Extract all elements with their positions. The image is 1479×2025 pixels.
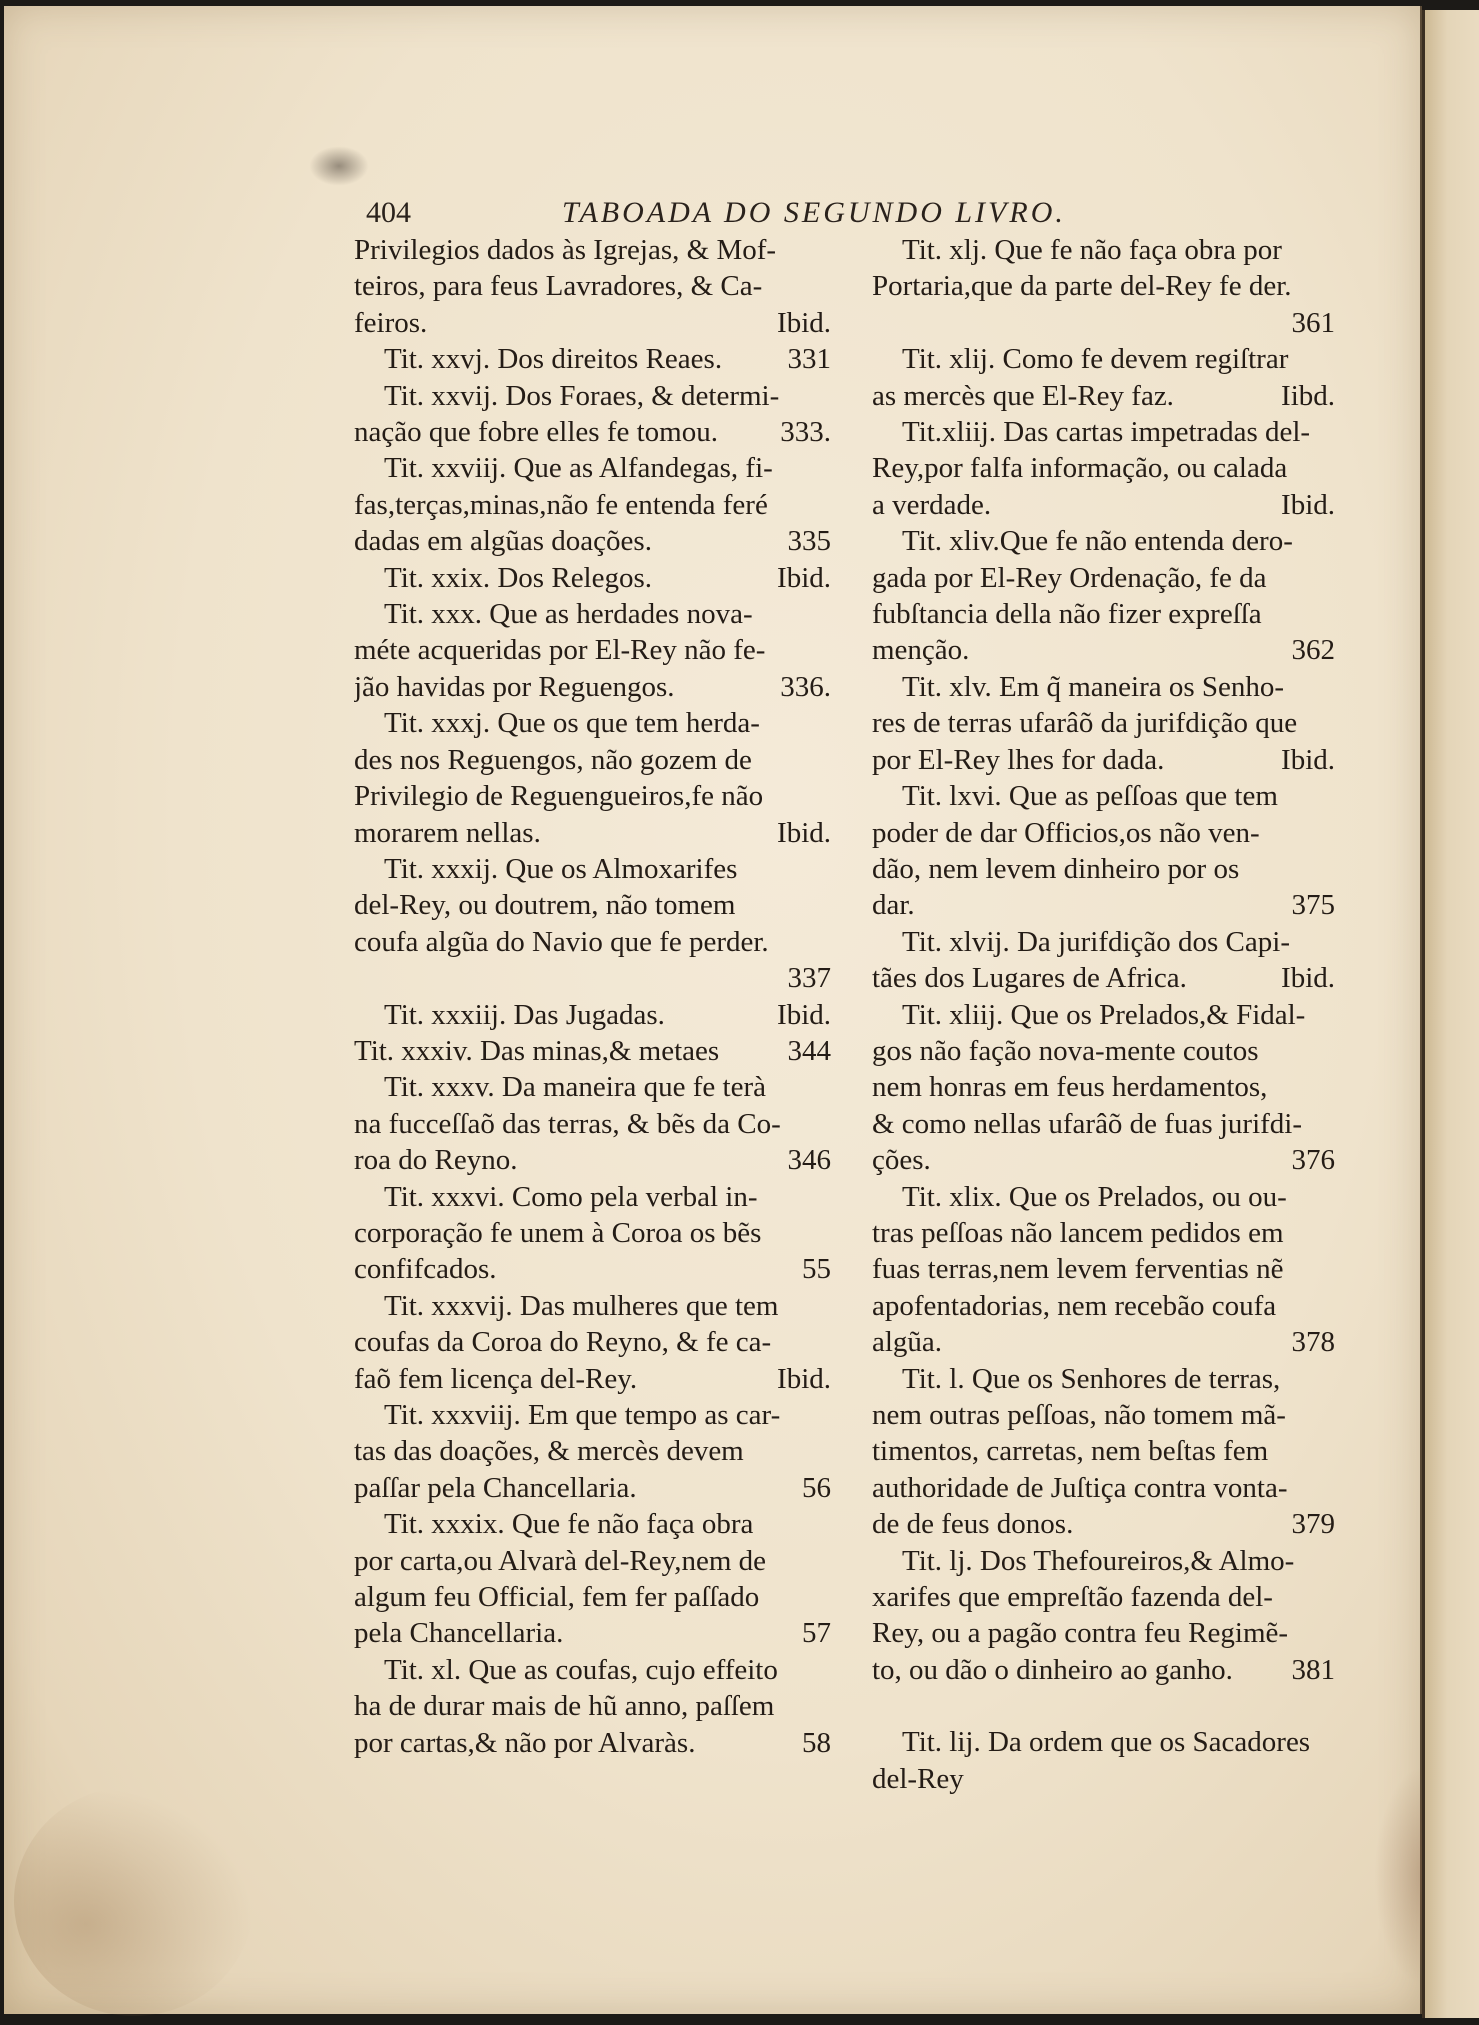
- page-reference: 336.: [780, 669, 831, 705]
- entry-line: Tit. xxxix. Que fe não faça obra: [354, 1506, 831, 1542]
- index-entry: Tit. xxxvi. Como pela verbal in-corporaç…: [354, 1179, 831, 1288]
- entry-line: tas das doações, & mercès devem: [354, 1433, 831, 1469]
- page-reference: Iibd.: [1281, 378, 1335, 414]
- entry-line: 361: [872, 305, 1335, 341]
- entry-text: morarem nellas.: [354, 817, 541, 849]
- entry-text: méte acqueridas por El-Rey não fe-: [354, 634, 765, 666]
- page-reference: Ibid.: [777, 305, 831, 341]
- entry-text: ha de durar mais de hũ anno, paſſem: [354, 1690, 774, 1722]
- page-reference: Ibid.: [777, 997, 831, 1033]
- page-reference: 346: [788, 1142, 832, 1178]
- page-reference: Ibid.: [777, 560, 831, 596]
- entry-text: nação que fobre elles fe tomou.: [354, 416, 718, 448]
- entry-text: coufas da Coroa do Reyno, & fe ca-: [354, 1326, 771, 1358]
- page-reference: 378: [1292, 1324, 1336, 1360]
- entry-text: Privilegio de Reguengueiros,fe não: [354, 780, 763, 812]
- index-entry: Tit. xxxix. Que fe não faça obrapor cart…: [354, 1506, 831, 1652]
- entry-text: Tit. lij. Da ordem que os Sacadores: [902, 1726, 1310, 1758]
- index-column-left: Privilegios dados às Igrejas, & Mof-teir…: [354, 232, 831, 1761]
- entry-text: por cartas,& não por Alvaràs.: [354, 1727, 695, 1759]
- entry-line: nação que fobre elles fe tomou.333.: [354, 414, 831, 450]
- entry-text: de de feus donos.: [872, 1508, 1073, 1540]
- entry-text: gos não fação nova-mente coutos: [872, 1035, 1259, 1067]
- entry-line: Tit. xxxv. Da maneira que fe terà: [354, 1069, 831, 1105]
- index-entry: Tit. xxviij. Que as Alfandegas, fi-fas,t…: [354, 450, 831, 559]
- entry-line: authoridade de Juſtiça contra vonta-: [872, 1470, 1335, 1506]
- index-entry: Tit. lj. Dos Thefoureiros,& Almo-xarifes…: [872, 1543, 1335, 1689]
- entry-line: Tit. xlj. Que fe não faça obra por: [872, 232, 1335, 268]
- entry-line: Tit. xlix. Que os Prelados, ou ou-: [872, 1179, 1335, 1215]
- entry-line: Tit. xliij. Que os Prelados,& Fidal-: [872, 997, 1335, 1033]
- entry-line: nem outras peſſoas, não tomem mã-: [872, 1397, 1335, 1433]
- index-entry: Tit. xlix. Que os Prelados, ou ou-tras p…: [872, 1179, 1335, 1361]
- entry-text: poder de dar Officios,os não ven-: [872, 817, 1260, 849]
- entry-text: Tit. lxvi. Que as peſſoas que tem: [902, 780, 1278, 812]
- entry-text: coufa algũa do Navio que fe perder.: [354, 926, 769, 958]
- entry-line: coufa algũa do Navio que fe perder.: [354, 924, 831, 960]
- entry-line: Tit. xxviij. Que as Alfandegas, fi-: [354, 450, 831, 486]
- entry-line: ha de durar mais de hũ anno, paſſem: [354, 1688, 831, 1724]
- index-entry: Tit. xxxiij. Das Jugadas.Ibid.: [354, 997, 831, 1033]
- entry-line: nem honras em feus herdamentos,: [872, 1069, 1335, 1105]
- page-reference: 56: [802, 1470, 831, 1506]
- entry-line: 337: [354, 960, 831, 996]
- entry-line: Tit. xxx. Que as herdades nova-: [354, 596, 831, 632]
- entry-text: Portaria,que da parte del-Rey fe der.: [872, 270, 1292, 302]
- entry-line: feiros.Ibid.: [354, 305, 831, 341]
- entry-line: algum feu Official, fem fer paſſado: [354, 1579, 831, 1615]
- entry-text: faõ fem licença del-Rey.: [354, 1363, 637, 1395]
- page-number: 404: [366, 196, 411, 230]
- index-entry: Tit. xxx. Que as herdades nova-méte acqu…: [354, 596, 831, 705]
- page-reference: 337: [788, 960, 832, 996]
- running-title: TABOADA DO SEGUNDO LIVRO.: [562, 196, 1066, 230]
- entry-line: de de feus donos.379: [872, 1506, 1335, 1542]
- entry-text: a verdade.: [872, 489, 991, 521]
- entry-text: fas,terças,minas,não fe entenda feré: [354, 489, 768, 521]
- ink-smudge: [309, 146, 369, 186]
- entry-text: Tit. xxxv. Da maneira que fe terà: [384, 1071, 766, 1103]
- entry-text: feiros.: [354, 307, 427, 339]
- entry-text: nem outras peſſoas, não tomem mã-: [872, 1399, 1286, 1431]
- entry-line: to, ou dão o dinheiro ao ganho.381: [872, 1652, 1335, 1688]
- entry-line: teiros, para feus Lavradores, & Ca-: [354, 268, 831, 304]
- index-entry: Tit. xl. Que as coufas, cujo effeitoha d…: [354, 1652, 831, 1761]
- entry-text: tas das doações, & mercès devem: [354, 1435, 744, 1467]
- entry-text: Tit. lj. Dos Thefoureiros,& Almo-: [902, 1545, 1294, 1577]
- entry-line: Tit. xliv.Que fe não entenda dero-: [872, 523, 1335, 559]
- entry-text: Tit. xxvj. Dos direitos Reaes.: [384, 343, 722, 375]
- index-entry: Tit. xxxv. Da maneira que fe teràna fucc…: [354, 1069, 831, 1178]
- entry-line: fubſtancia della não fizer expreſſa: [872, 596, 1335, 632]
- entry-line: coufas da Coroa do Reyno, & fe ca-: [354, 1324, 831, 1360]
- water-stain: [14, 1786, 254, 2016]
- entry-line: confifcados.55: [354, 1251, 831, 1287]
- entry-text: Tit. xxvij. Dos Foraes, & determi-: [384, 380, 779, 412]
- index-entry: Tit. xxxij. Que os Almoxarifesdel-Rey, o…: [354, 851, 831, 997]
- entry-text: jão havidas por Reguengos.: [354, 671, 675, 703]
- entry-text: ções.: [872, 1144, 931, 1176]
- entry-line: Tit. lxvi. Que as peſſoas que tem: [872, 778, 1335, 814]
- entry-text: dadas em algũas doações.: [354, 525, 652, 557]
- entry-text: nem honras em feus herdamentos,: [872, 1071, 1267, 1103]
- entry-line: roa do Reyno.346: [354, 1142, 831, 1178]
- entry-text: dar.: [872, 889, 915, 921]
- entry-line: Tit. xxxij. Que os Almoxarifes: [354, 851, 831, 887]
- index-entry: Tit. xxxvij. Das mulheres que temcoufas …: [354, 1288, 831, 1397]
- entry-text: Tit. xlv. Em q̃ maneira os Senho-: [902, 671, 1284, 703]
- entry-text: Tit. l. Que os Senhores de terras,: [902, 1363, 1280, 1395]
- entry-line: Tit. l. Que os Senhores de terras,: [872, 1361, 1335, 1397]
- entry-line: Tit. xxxiv. Das minas,& metaes344: [354, 1033, 831, 1069]
- entry-text: Tit. xxxj. Que os que tem herda-: [384, 707, 760, 739]
- page-reference: 381: [1292, 1652, 1336, 1688]
- entry-text: por El-Rey lhes for dada.: [872, 744, 1164, 776]
- entry-line: pela Chancellaria.57: [354, 1615, 831, 1651]
- entry-line: faõ fem licença del-Rey.Ibid.: [354, 1361, 831, 1397]
- entry-line: Tit. xlv. Em q̃ maneira os Senho-: [872, 669, 1335, 705]
- entry-line: Tit. xlvij. Da jurifdição dos Capi-: [872, 924, 1335, 960]
- entry-text: Tit. xxxviij. Em que tempo as car-: [384, 1399, 780, 1431]
- index-column-right: Tit. xlj. Que fe não faça obra porPortar…: [872, 232, 1335, 1797]
- entry-line: na fucceſſaõ das terras, & bẽs da Co-: [354, 1106, 831, 1142]
- entry-text: pela Chancellaria.: [354, 1617, 563, 1649]
- entry-line: por El-Rey lhes for dada.Ibid.: [872, 742, 1335, 778]
- entry-line: Tit. lj. Dos Thefoureiros,& Almo-: [872, 1543, 1335, 1579]
- entry-text: Tit. xxxvi. Como pela verbal in-: [384, 1181, 758, 1213]
- entry-line: Privilegio de Reguengueiros,fe não: [354, 778, 831, 814]
- entry-text: Rey, ou a pagão contra feu Regimẽ-: [872, 1617, 1288, 1649]
- entry-line: Tit.xliij. Das cartas impetradas del-: [872, 414, 1335, 450]
- entry-text: Tit. xxviij. Que as Alfandegas, fi-: [384, 452, 773, 484]
- entry-text: gada por El-Rey Ordenação, fe da: [872, 562, 1267, 594]
- entry-line: Tit. xxix. Dos Relegos.Ibid.: [354, 560, 831, 596]
- entry-text: Tit. xxxiv. Das minas,& metaes: [354, 1035, 719, 1067]
- facing-page-edge: [1422, 10, 1479, 2018]
- page-reference: 335: [788, 523, 832, 559]
- page-reference: 379: [1292, 1506, 1336, 1542]
- page-reference: Ibid.: [777, 815, 831, 851]
- entry-text: authoridade de Juſtiça contra vonta-: [872, 1472, 1288, 1504]
- entry-line: del-Rey, ou doutrem, não tomem: [354, 887, 831, 923]
- entry-line: algũa.378: [872, 1324, 1335, 1360]
- entry-line: Tit. xxxiij. Das Jugadas.Ibid.: [354, 997, 831, 1033]
- page-header: 404 TABOADA DO SEGUNDO LIVRO.: [366, 196, 1336, 236]
- entry-text: corporação fe unem à Coroa os bẽs: [354, 1217, 761, 1249]
- entry-line: Tit. xl. Que as coufas, cujo effeito: [354, 1652, 831, 1688]
- page-reference: 58: [802, 1725, 831, 1761]
- entry-line: as mercès que El-Rey faz.Iibd.: [872, 378, 1335, 414]
- entry-line: dar.375: [872, 887, 1335, 923]
- entry-text: Tit. xlj. Que fe não faça obra por: [902, 234, 1282, 266]
- entry-text: dão, nem levem dinheiro por os: [872, 853, 1239, 885]
- entry-text: Privilegios dados às Igrejas, & Mof-: [354, 234, 776, 266]
- entry-text: tães dos Lugares de Africa.: [872, 962, 1187, 994]
- entry-text: Tit. xxx. Que as herdades nova-: [384, 598, 753, 630]
- entry-text: del-Rey, ou doutrem, não tomem: [354, 889, 735, 921]
- entry-text: del-Rey: [872, 1763, 964, 1795]
- index-entry: Tit. xlv. Em q̃ maneira os Senho-res de …: [872, 669, 1335, 778]
- page-reference: 55: [802, 1251, 831, 1287]
- entry-text: algũa.: [872, 1326, 942, 1358]
- entry-text: Tit. xxxix. Que fe não faça obra: [384, 1508, 753, 1540]
- entry-text: Tit. xxxij. Que os Almoxarifes: [384, 853, 737, 885]
- entry-line: Tit. xlij. Como fe devem regiſtrar: [872, 341, 1335, 377]
- entry-line: méte acqueridas por El-Rey não fe-: [354, 632, 831, 668]
- index-entry: Tit. xliv.Que fe não entenda dero-gada p…: [872, 523, 1335, 669]
- page-reference: 344: [788, 1033, 832, 1069]
- entry-text: Tit. xxix. Dos Relegos.: [384, 562, 652, 594]
- index-entry: Tit. l. Que os Senhores de terras,nem ou…: [872, 1361, 1335, 1543]
- entry-line: & como nellas ufarâõ de fuas jurifdi-: [872, 1106, 1335, 1142]
- entry-text: na fucceſſaõ das terras, & bẽs da Co-: [354, 1108, 781, 1140]
- entry-line: Tit. xxvj. Dos direitos Reaes.331: [354, 341, 831, 377]
- index-entry: Tit. xlvij. Da jurifdição dos Capi-tães …: [872, 924, 1335, 997]
- entry-line: timentos, carretas, nem beſtas fem: [872, 1433, 1335, 1469]
- entry-line: paſſar pela Chancellaria.56: [354, 1470, 831, 1506]
- entry-text: timentos, carretas, nem beſtas fem: [872, 1435, 1268, 1467]
- page-reference: Ibid.: [1281, 742, 1335, 778]
- entry-line: xarifes que empreſtão fazenda del-: [872, 1579, 1335, 1615]
- entry-line: tras peſſoas não lancem pedidos em: [872, 1215, 1335, 1251]
- entry-gap: [872, 1688, 1335, 1724]
- index-entry: Tit. xxvj. Dos direitos Reaes.331: [354, 341, 831, 377]
- index-entry: Tit. lxvi. Que as peſſoas que tempoder d…: [872, 778, 1335, 924]
- entry-text: Tit. xliij. Que os Prelados,& Fidal-: [902, 999, 1305, 1031]
- entry-line: por carta,ou Alvarà del-Rey,nem de: [354, 1543, 831, 1579]
- entry-line: Tit. xxxviij. Em que tempo as car-: [354, 1397, 831, 1433]
- index-entry: Tit. xxxiv. Das minas,& metaes344: [354, 1033, 831, 1069]
- entry-text: algum feu Official, fem fer paſſado: [354, 1581, 759, 1613]
- entry-line: corporação fe unem à Coroa os bẽs: [354, 1215, 831, 1251]
- entry-line: morarem nellas.Ibid.: [354, 815, 831, 851]
- entry-line: Tit. lij. Da ordem que os Sacadores: [872, 1724, 1335, 1760]
- entry-text: & como nellas ufarâõ de fuas jurifdi-: [872, 1108, 1302, 1140]
- entry-text: to, ou dão o dinheiro ao ganho.: [872, 1654, 1233, 1686]
- page-reference: 376: [1292, 1142, 1336, 1178]
- entry-text: res de terras ufarâõ da jurifdição que: [872, 707, 1297, 739]
- entry-line: gada por El-Rey Ordenação, fe da: [872, 560, 1335, 596]
- index-entry: Tit. xxvij. Dos Foraes, & determi-nação …: [354, 378, 831, 451]
- entry-text: Tit. xlix. Que os Prelados, ou ou-: [902, 1181, 1287, 1213]
- entry-line: res de terras ufarâõ da jurifdição que: [872, 705, 1335, 741]
- entry-text: fuas terras,nem levem ferventias nẽ: [872, 1253, 1283, 1285]
- entry-line: Tit. xxxvij. Das mulheres que tem: [354, 1288, 831, 1324]
- entry-text: Tit. xl. Que as coufas, cujo effeito: [384, 1654, 778, 1686]
- index-entry: Tit. xlij. Como fe devem regiſtraras mer…: [872, 341, 1335, 414]
- page-reference: 362: [1292, 632, 1336, 668]
- entry-line: jão havidas por Reguengos.336.: [354, 669, 831, 705]
- page-reference: 375: [1292, 887, 1336, 923]
- page-reference: 361: [1292, 305, 1336, 341]
- entry-text: Tit. xxxvij. Das mulheres que tem: [384, 1290, 778, 1322]
- entry-line: fas,terças,minas,não fe entenda feré: [354, 487, 831, 523]
- entry-text: tras peſſoas não lancem pedidos em: [872, 1217, 1284, 1249]
- entry-line: des nos Reguengos, não gozem de: [354, 742, 831, 778]
- page-reference: Ibid.: [777, 1361, 831, 1397]
- entry-text: por carta,ou Alvarà del-Rey,nem de: [354, 1545, 766, 1577]
- page-reference: Ibid.: [1281, 487, 1335, 523]
- entry-line: gos não fação nova-mente coutos: [872, 1033, 1335, 1069]
- entry-text: Tit.xliij. Das cartas impetradas del-: [902, 416, 1310, 448]
- entry-line: a verdade.Ibid.: [872, 487, 1335, 523]
- entry-text: fubſtancia della não fizer expreſſa: [872, 598, 1262, 630]
- entry-text: Tit. xxxiij. Das Jugadas.: [384, 999, 665, 1031]
- entry-line: dão, nem levem dinheiro por os: [872, 851, 1335, 887]
- index-entry: Tit. xliij. Que os Prelados,& Fidal-gos …: [872, 997, 1335, 1179]
- entry-line: Rey,por falfa informação, ou calada: [872, 450, 1335, 486]
- entry-text: Tit. xlij. Como fe devem regiſtrar: [902, 343, 1288, 375]
- entry-line: dadas em algũas doações.335: [354, 523, 831, 559]
- entry-text: as mercès que El-Rey faz.: [872, 380, 1174, 412]
- page-reference: 57: [802, 1615, 831, 1651]
- page-reference: 333.: [780, 414, 831, 450]
- entry-text: roa do Reyno.: [354, 1144, 518, 1176]
- page-reference: Ibid.: [1281, 960, 1335, 996]
- entry-line: del-Rey: [872, 1761, 1335, 1797]
- index-entry: Tit.xliij. Das cartas impetradas del-Rey…: [872, 414, 1335, 523]
- entry-line: Privilegios dados às Igrejas, & Mof-: [354, 232, 831, 268]
- entry-line: Rey, ou a pagão contra feu Regimẽ-: [872, 1615, 1335, 1651]
- index-entry: Tit. xxix. Dos Relegos.Ibid.: [354, 560, 831, 596]
- entry-line: Tit. xxvij. Dos Foraes, & determi-: [354, 378, 831, 414]
- index-entry: Tit. xxxviij. Em que tempo as car-tas da…: [354, 1397, 831, 1506]
- entry-line: fuas terras,nem levem ferventias nẽ: [872, 1251, 1335, 1287]
- entry-line: Portaria,que da parte del-Rey fe der.: [872, 268, 1335, 304]
- page-reference: 331: [788, 341, 832, 377]
- entry-text: teiros, para feus Lavradores, & Ca-: [354, 270, 762, 302]
- entry-text: xarifes que empreſtão fazenda del-: [872, 1581, 1273, 1613]
- entry-text: apofentadorias, nem recebão coufa: [872, 1290, 1276, 1322]
- entry-text: menção.: [872, 634, 969, 666]
- entry-line: apofentadorias, nem recebão coufa: [872, 1288, 1335, 1324]
- entry-text: des nos Reguengos, não gozem de: [354, 744, 752, 776]
- entry-text: confifcados.: [354, 1253, 497, 1285]
- entry-text: Rey,por falfa informação, ou calada: [872, 452, 1287, 484]
- index-entry: Tit. xxxj. Que os que tem herda-des nos …: [354, 705, 831, 851]
- entry-line: Tit. xxxvi. Como pela verbal in-: [354, 1179, 831, 1215]
- entry-text: paſſar pela Chancellaria.: [354, 1472, 637, 1504]
- index-entry: Tit. lij. Da ordem que os Sacadoresdel-R…: [872, 1724, 1335, 1797]
- index-entry: Privilegios dados às Igrejas, & Mof-teir…: [354, 232, 831, 341]
- entry-line: Tit. xxxj. Que os que tem herda-: [354, 705, 831, 741]
- entry-line: menção.362: [872, 632, 1335, 668]
- entry-line: ções.376: [872, 1142, 1335, 1178]
- entry-line: por cartas,& não por Alvaràs.58: [354, 1725, 831, 1761]
- entry-line: tães dos Lugares de Africa.Ibid.: [872, 960, 1335, 996]
- entry-line: poder de dar Officios,os não ven-: [872, 815, 1335, 851]
- index-entry: Tit. xlj. Que fe não faça obra porPortar…: [872, 232, 1335, 341]
- entry-text: Tit. xlvij. Da jurifdição dos Capi-: [902, 926, 1290, 958]
- entry-text: Tit. xliv.Que fe não entenda dero-: [902, 525, 1293, 557]
